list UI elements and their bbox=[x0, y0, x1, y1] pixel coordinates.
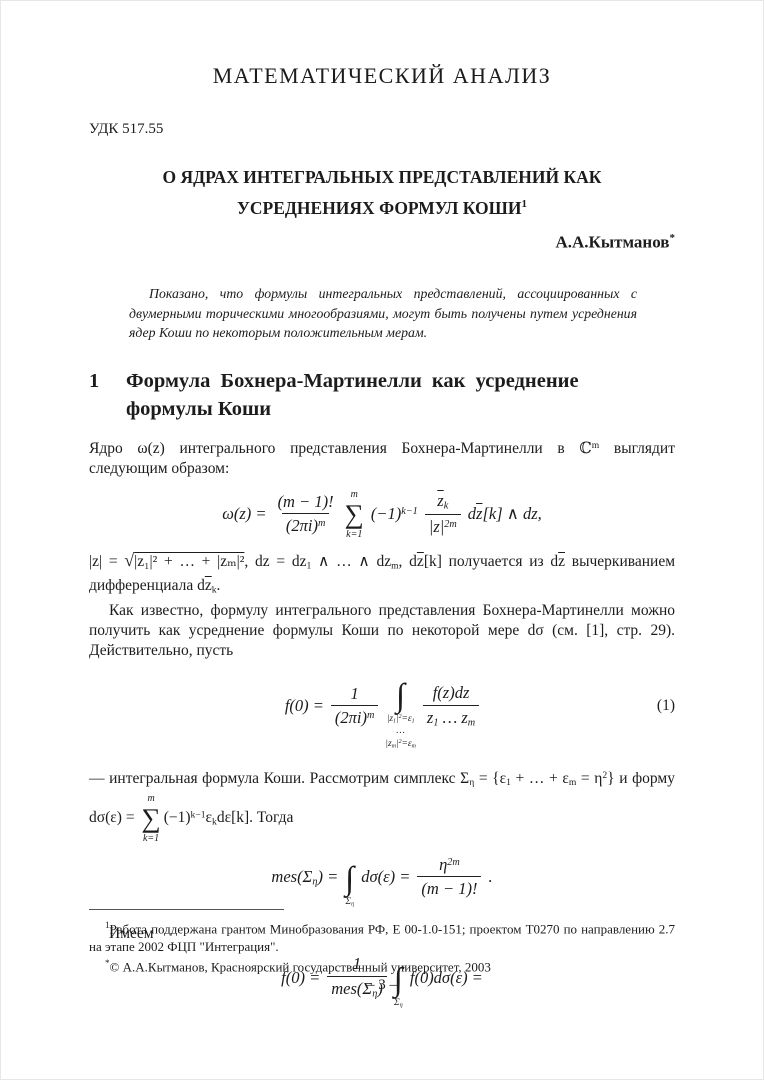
author-line: А.А.Кытманов* bbox=[89, 232, 675, 253]
fraction: (m − 1)! (2πi)m bbox=[274, 492, 338, 537]
footnote-copyright: *© А.А.Кытманов, Красноярский государств… bbox=[89, 955, 675, 976]
fraction-numerator: η2m bbox=[435, 855, 464, 877]
page-content: МАТЕМАТИЧЕСКИЙ АНАЛИЗ УДК 517.55 О ЯДРАХ… bbox=[1, 63, 763, 1001]
section-title: Формула Бохнера-Мартинелли как усреднени… bbox=[126, 367, 579, 423]
eq-tail: . bbox=[488, 867, 492, 887]
paragraph-simplex: — интегральная формула Коши. Рассмотрим … bbox=[89, 766, 675, 844]
paragraph-averaging: Как известно, формулу интегрального пред… bbox=[89, 601, 675, 661]
fraction-denominator: (2πi)m bbox=[282, 513, 329, 537]
section-title-line1: Формула Бохнера-Мартинелли как усреднени… bbox=[126, 367, 579, 395]
footnote-text: © А.А.Кытманов, Красноярский государстве… bbox=[110, 960, 491, 975]
footnote-grant: 1Работа поддержана грантом Минобразовани… bbox=[89, 917, 675, 955]
author-footnote-mark: * bbox=[670, 232, 676, 244]
fraction-numerator: 1 bbox=[347, 684, 363, 706]
footnotes-block: 1Работа поддержана грантом Минобразовани… bbox=[89, 909, 675, 976]
fraction-denominator: (m − 1)! bbox=[417, 876, 481, 900]
integral-symbol: ∫ bbox=[396, 680, 405, 713]
paragraph-kernel-intro: Ядро ω(z) интегрального представления Бо… bbox=[89, 436, 675, 479]
fraction: η2m (m − 1)! bbox=[417, 855, 481, 900]
integral-limit: |zm|2=εm bbox=[385, 739, 416, 751]
article-title: О ЯДРАХ ИНТЕГРАЛЬНЫХ ПРЕДСТАВЛЕНИЙ КАК У… bbox=[89, 164, 675, 222]
sum-symbol: ∑ bbox=[345, 500, 364, 529]
fraction-denominator: z1 … zm bbox=[423, 705, 479, 730]
eq-lhs: f(0) = bbox=[285, 696, 324, 716]
sum-lower-limit: k=1 bbox=[346, 529, 362, 540]
integral-limit: Ση bbox=[394, 998, 403, 1010]
sum-operator: m ∑ k=1 bbox=[345, 489, 364, 540]
page-number: – 3 – bbox=[1, 977, 763, 994]
integral-limit: |z1|2=ε1 bbox=[387, 714, 415, 726]
footnote-rule bbox=[89, 909, 284, 910]
section-title-line2: формулы Коши bbox=[126, 395, 579, 423]
abstract: Показано, что формулы интегральных предс… bbox=[129, 284, 637, 343]
fraction-numerator: f(z)dz bbox=[429, 683, 474, 705]
author-name: А.А.Кытманов bbox=[555, 232, 669, 251]
section-heading: 1 Формула Бохнера-Мартинелли как усредне… bbox=[89, 367, 675, 423]
fraction: f(z)dz z1 … zm bbox=[423, 683, 479, 730]
eq-tail: dz[k] ∧ dz, bbox=[468, 504, 542, 524]
fraction-numerator: zk bbox=[433, 491, 452, 514]
fraction-numerator: (m − 1)! bbox=[274, 492, 338, 514]
paragraph-notation: |z| = √|z₁|² + … + |zₘ|², dz = dz1 ∧ … ∧… bbox=[89, 550, 675, 601]
footnote-text: Работа поддержана грантом Минобразования… bbox=[89, 921, 675, 954]
eq-term: dσ(ε) = bbox=[361, 867, 410, 887]
article-title-line1: О ЯДРАХ ИНТЕГРАЛЬНЫХ ПРЕДСТАВЛЕНИЙ КАК bbox=[162, 167, 601, 187]
section-number: 1 bbox=[89, 367, 126, 423]
udc-code: УДК 517.55 bbox=[89, 121, 675, 138]
equation-number: (1) bbox=[657, 697, 675, 715]
equation-mes-simplex: mes(Ση) = ∫ Ση dσ(ε) = η2m (m − 1)! . bbox=[89, 854, 675, 900]
eq-lhs: mes(Ση) = bbox=[271, 867, 338, 888]
equation-cauchy-formula: f(0) = 1 (2πi)m ∫ |z1|2=ε1 … |zm|2=εm f(… bbox=[89, 671, 675, 743]
article-title-line2: УСРЕДНЕНИЯХ ФОРМУЛ КОШИ bbox=[237, 198, 521, 218]
integral-limit: … bbox=[396, 726, 404, 738]
eq-lhs: ω(z) = bbox=[222, 504, 266, 524]
integral-limit: Ση bbox=[345, 897, 354, 909]
fraction-denominator: |z|2m bbox=[425, 514, 461, 538]
integral-operator: ∫ |z1|2=ε1 … |zm|2=εm bbox=[385, 680, 416, 752]
running-title: МАТЕМАТИЧЕСКИЙ АНАЛИЗ bbox=[89, 63, 675, 89]
paper-page: МАТЕМАТИЧЕСКИЙ АНАЛИЗ УДК 517.55 О ЯДРАХ… bbox=[0, 0, 764, 1080]
integral-operator: ∫ Ση bbox=[345, 863, 354, 909]
integral-symbol: ∫ bbox=[345, 863, 354, 896]
equation-bm-kernel: ω(z) = (m − 1)! (2πi)m m ∑ k=1 (−1)k−1 z… bbox=[89, 489, 675, 540]
title-footnote-mark: 1 bbox=[521, 198, 527, 210]
fraction: 1 (2πi)m bbox=[331, 684, 378, 729]
fraction: zk |z|2m bbox=[425, 491, 461, 538]
eq-term: (−1)k−1 bbox=[371, 504, 418, 524]
fraction-denominator: (2πi)m bbox=[331, 705, 378, 729]
